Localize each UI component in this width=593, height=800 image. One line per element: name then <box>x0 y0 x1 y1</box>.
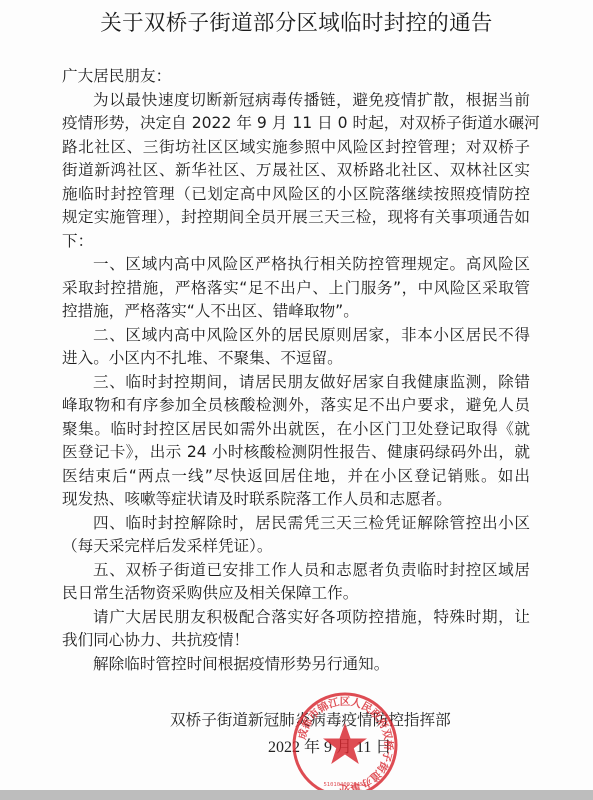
item-2-line: 进入。小区内不扎堆、不聚集、不逗留。 <box>62 347 530 371</box>
paragraph-line: 路北社区、三街坊社区区域实施参照中风险区封控管理；对双桥子 <box>62 136 530 160</box>
item-5-line: 民日常生活物资采购供应及相关保障工作。 <box>62 582 530 606</box>
signature-date: 2022 年 9 月 11 日 <box>268 734 391 757</box>
paragraph-line: 疫情形势，决定自 2022 年 9 月 11 日 0 时起，对双桥子街道水碾河 <box>62 112 530 136</box>
item-3-line: 医登记卡》，出示 24 小时核酸检测阴性报告、健康码绿码外出，就 <box>62 441 530 465</box>
salutation: 广大居民朋友： <box>62 65 530 89</box>
item-3-line: 峰取物和有序参加全员核酸检测外，落实足不出户要求，避免人员 <box>62 394 530 418</box>
paragraph-line: 下： <box>62 230 530 254</box>
item-3-line: 现发热、咳嗽等症状请及时联系院落工作人员和志愿者。 <box>62 488 530 512</box>
notice-page: 关于双桥子街道部分区域临时封控的通告 广大居民朋友： 为以最快速度切断新冠病毒传… <box>0 0 593 790</box>
document-body: 广大居民朋友： 为以最快速度切断新冠病毒传播链，避免疫情扩散，根据当前 疫情形势… <box>62 65 530 676</box>
item-5-line: 五、双桥子街道已安排工作人员和志愿者负责临时封控区域居 <box>62 559 530 583</box>
item-2-line: 二、区域内高中风险区外的居民原则居家，非本小区居民不得 <box>62 324 530 348</box>
paragraph-line: 规定实施管理），封控期间全员开展三天三检，现将有关事项通告如 <box>62 206 530 230</box>
paragraph-line: 街道新鸿社区、新华社区、万晟社区、双桥路北社区、双林社区实 <box>62 159 530 183</box>
bottom-edge <box>0 790 593 800</box>
item-1-line: 一、区域内高中风险区严格执行相关防控管理规定。高风险区 <box>62 253 530 277</box>
item-3-line: 聚集。临时封控区居民如需外出就医，在小区门卫处登记取得《就 <box>62 418 530 442</box>
appeal-line: 我们同心协力、共抗疫情！ <box>62 629 530 653</box>
appeal-line: 请广大居民朋友积极配合落实好各项防控措施，特殊时期，让 <box>62 606 530 630</box>
closing-line: 解除临时管控时间根据疫情形势另行通知。 <box>62 653 530 677</box>
item-4-line: （每天采完样后发采样凭证）。 <box>62 535 530 559</box>
item-4-line: 四、临时封控解除时，居民需凭三天三检凭证解除管控出小区 <box>62 512 530 536</box>
paragraph-line: 施临时封控管理（已划定高中风险区的小区院落继续按照疫情防控 <box>62 183 530 207</box>
paragraph-line: 为以最快速度切断新冠病毒传播链，避免疫情扩散，根据当前 <box>62 89 530 113</box>
item-1-line: 采取封控措施，严格落实“足不出户、上门服务”，中风险区采取管 <box>62 277 530 301</box>
item-1-line: 控措施，严格落实“人不出区、错峰取物”。 <box>62 300 530 324</box>
signature-organization: 双桥子街道新冠肺炎病毒疫情防控指挥部 <box>170 708 470 730</box>
item-3-line: 三、临时封控期间，请居民朋友做好居家自我健康监测，除错 <box>62 371 530 395</box>
item-3-line: 医结束后“两点一线”尽快返回居住地，并在小区登记销账。如出 <box>62 465 530 489</box>
document-title: 关于双桥子街道部分区域临时封控的通告 <box>0 6 593 37</box>
svg-text:5101040026455: 5101040026455 <box>323 782 366 788</box>
